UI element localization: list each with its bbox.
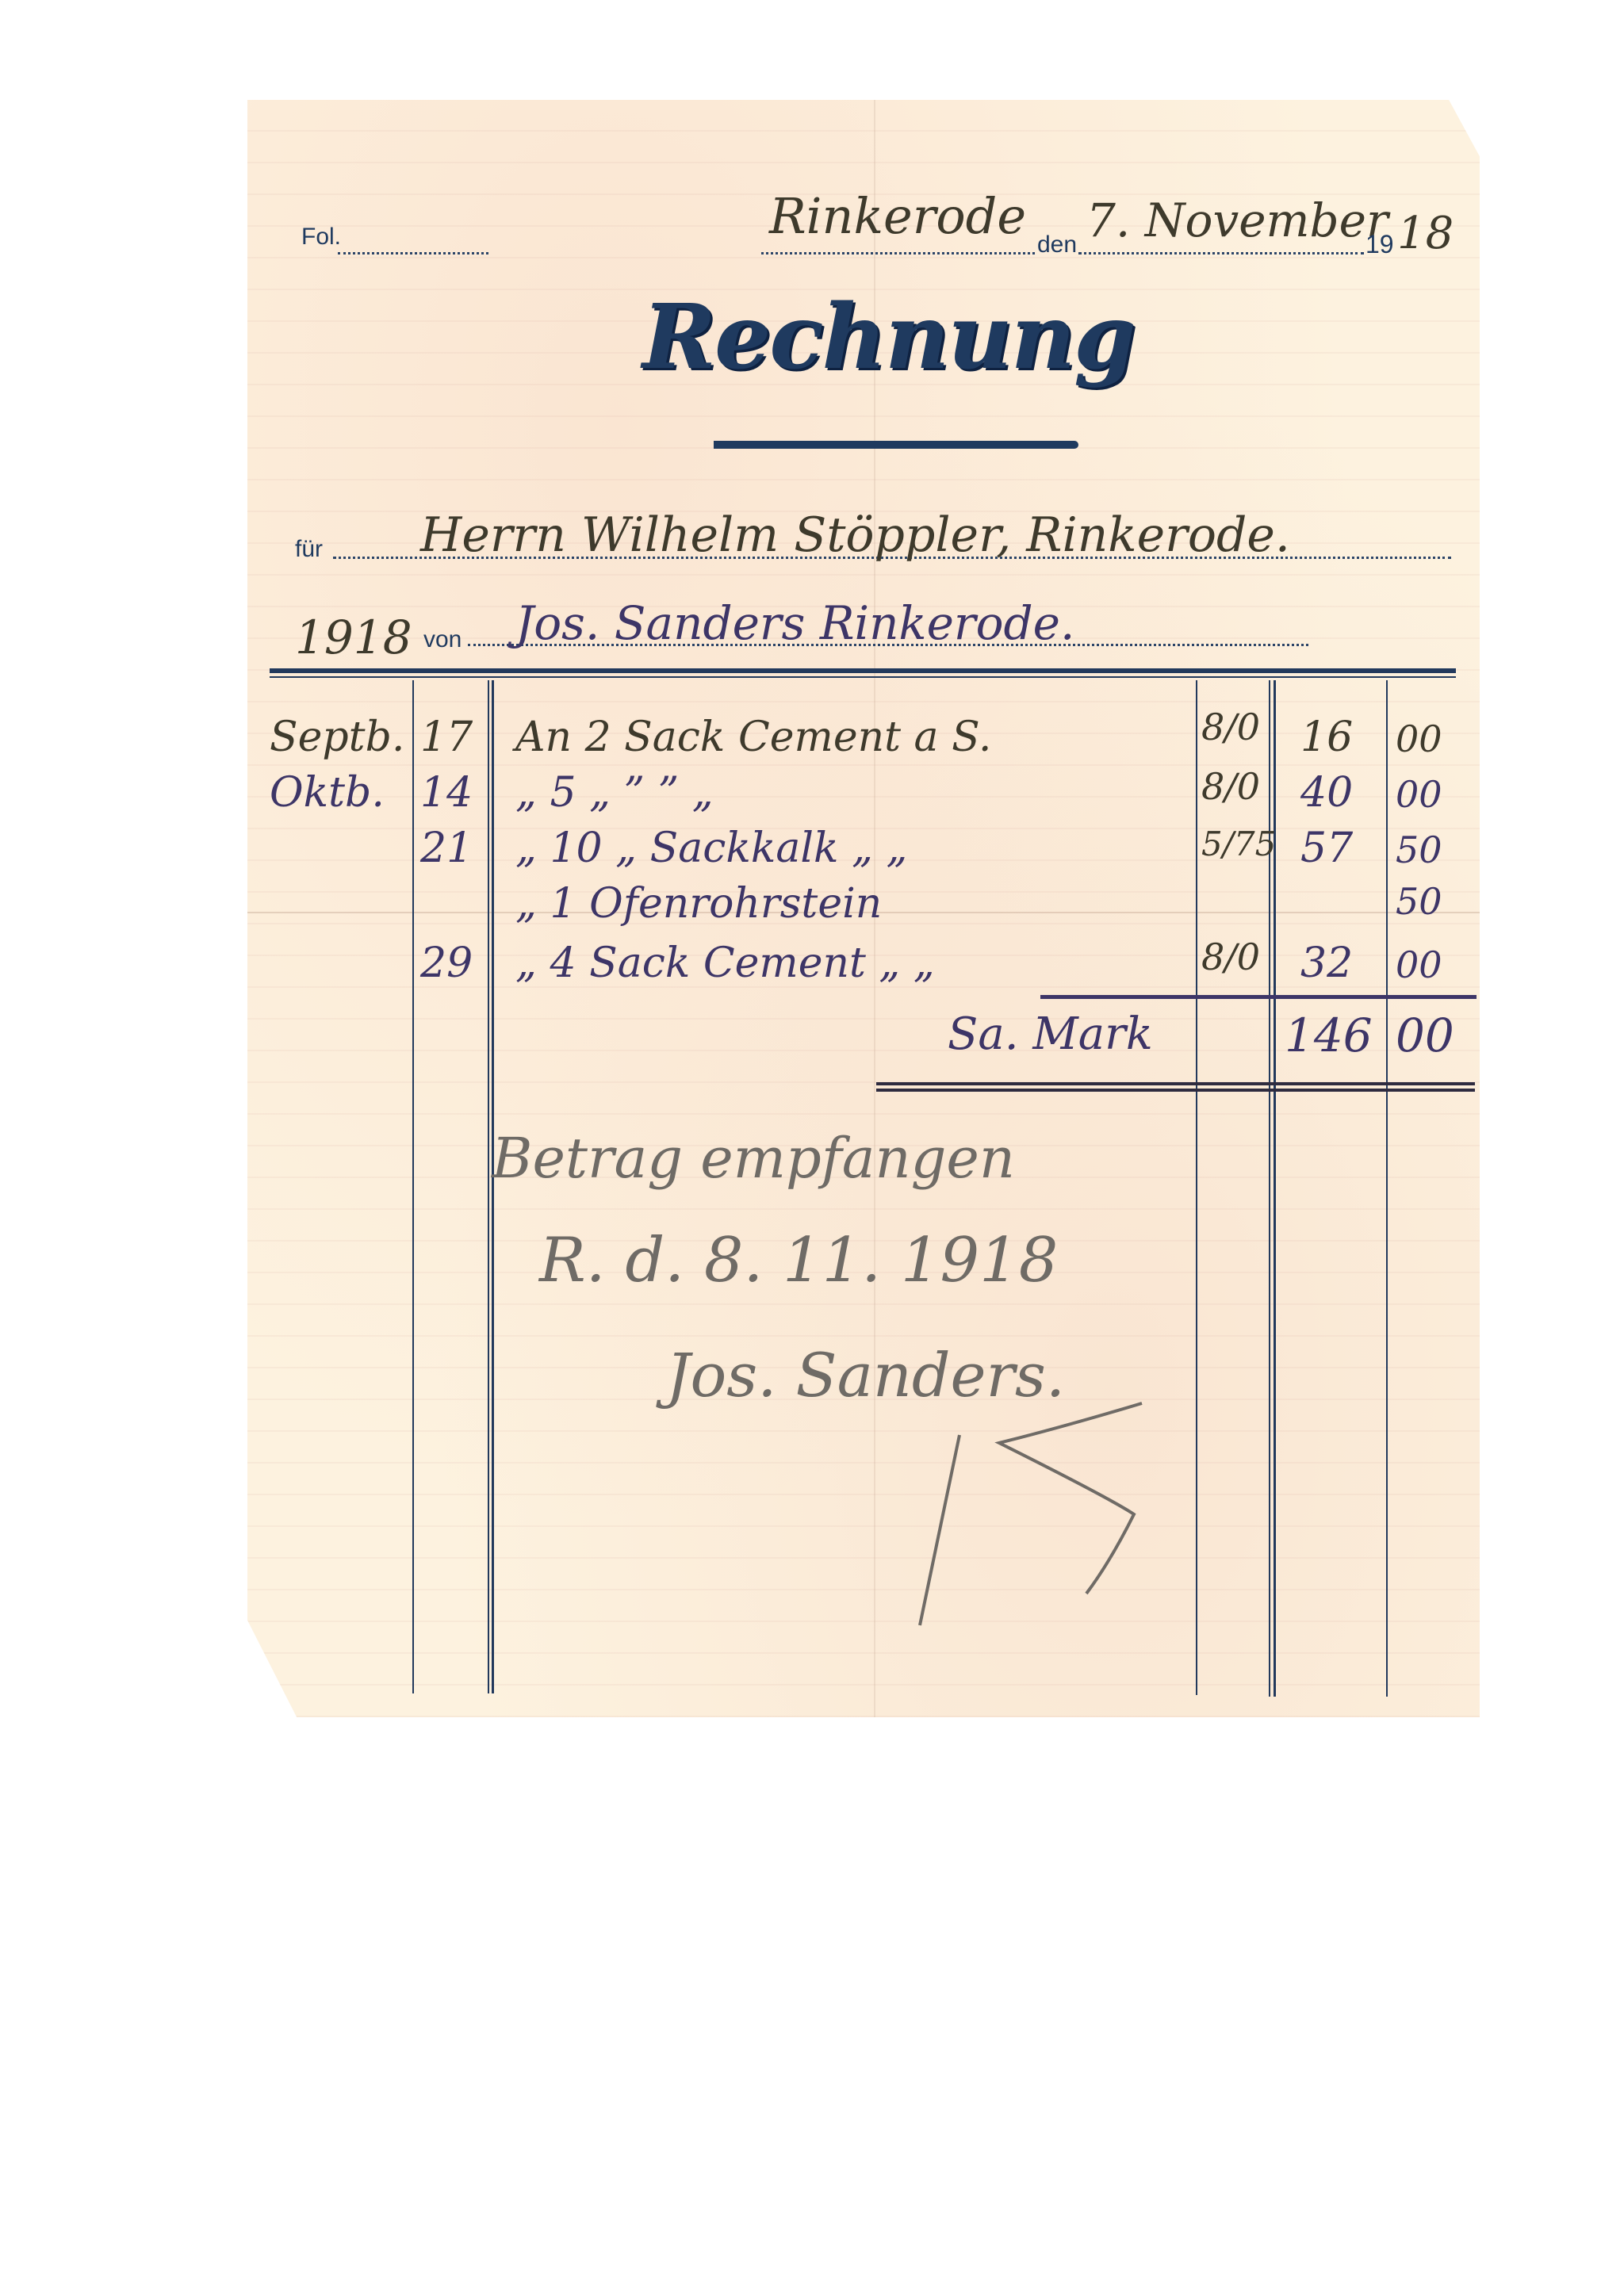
receipt-line1: Betrag empfangen	[492, 1126, 1015, 1191]
cell-description: „ 5 „ ” ” „	[515, 769, 714, 817]
cell-pf: 50	[1396, 880, 1442, 923]
cell-description: „ 4 Sack Cement „ „	[515, 939, 935, 987]
year-prefix: 19	[1365, 230, 1394, 259]
year-margin-note: 1918	[295, 610, 412, 664]
cell-mark: 32	[1300, 939, 1353, 987]
cell-mark: 16	[1300, 714, 1353, 761]
subtotal-rule	[1040, 995, 1477, 999]
date-handwritten: 7. November	[1086, 193, 1388, 247]
table-top-rule-thin	[270, 676, 1456, 678]
von-label: von	[423, 626, 462, 653]
place-dotted-line	[761, 252, 1035, 254]
fuer-label: für	[295, 536, 323, 563]
cell-day: 14	[420, 769, 473, 817]
fol-label: Fol.	[301, 224, 341, 251]
column-divider-desc-a	[488, 680, 489, 1693]
cell-pf: 00	[1396, 773, 1442, 816]
sender-handwritten: Jos. Sanders Rinkerode.	[515, 596, 1074, 650]
column-divider-day	[412, 680, 414, 1693]
receipt-date: R. d. 8. 11. 1918	[539, 1225, 1058, 1296]
recipient-handwritten: Herrn Wilhelm Stöppler, Rinkerode.	[420, 507, 1290, 563]
column-divider-unit	[1196, 680, 1197, 1695]
title-flourish	[714, 441, 1078, 449]
cell-month: Oktb.	[270, 769, 385, 817]
cell-description: An 2 Sack Cement a S.	[515, 714, 991, 761]
cell-day: 29	[420, 939, 473, 987]
cell-pf: 50	[1396, 828, 1442, 871]
cell-day: 21	[420, 825, 473, 872]
total-pf: 00	[1396, 1008, 1454, 1062]
invoice-title: Rechnung	[642, 285, 1135, 389]
fol-dotted-line	[338, 252, 488, 254]
cell-unit-price: 8/0	[1201, 765, 1260, 808]
cell-description: „ 10 „ Sackkalk „ „	[515, 825, 907, 872]
year-suffix: 18	[1397, 208, 1454, 259]
signature-flourish	[904, 1395, 1158, 1633]
column-divider-pf	[1386, 680, 1388, 1697]
cell-pf: 00	[1396, 717, 1442, 760]
cell-month: Septb.	[270, 714, 404, 761]
place-handwritten: Rinkerode	[769, 187, 1026, 245]
total-mark: 146	[1285, 1008, 1373, 1062]
den-label: den	[1037, 232, 1077, 258]
total-label: Sa. Mark	[948, 1008, 1153, 1060]
table-top-rule-thick	[270, 668, 1456, 673]
cell-mark: 40	[1300, 769, 1353, 817]
cell-day: 17	[420, 714, 473, 761]
total-double-rule-bottom	[876, 1089, 1475, 1092]
date-dotted-line	[1078, 252, 1364, 254]
cell-mark: 57	[1300, 825, 1353, 872]
cell-pf: 00	[1396, 943, 1442, 986]
cell-description: „ 1 Ofenrohrstein	[515, 880, 882, 928]
cell-unit-price: 8/0	[1201, 706, 1260, 748]
cell-unit-price: 5/75	[1201, 825, 1276, 863]
total-double-rule-top	[876, 1082, 1475, 1085]
cell-unit-price: 8/0	[1201, 936, 1260, 978]
